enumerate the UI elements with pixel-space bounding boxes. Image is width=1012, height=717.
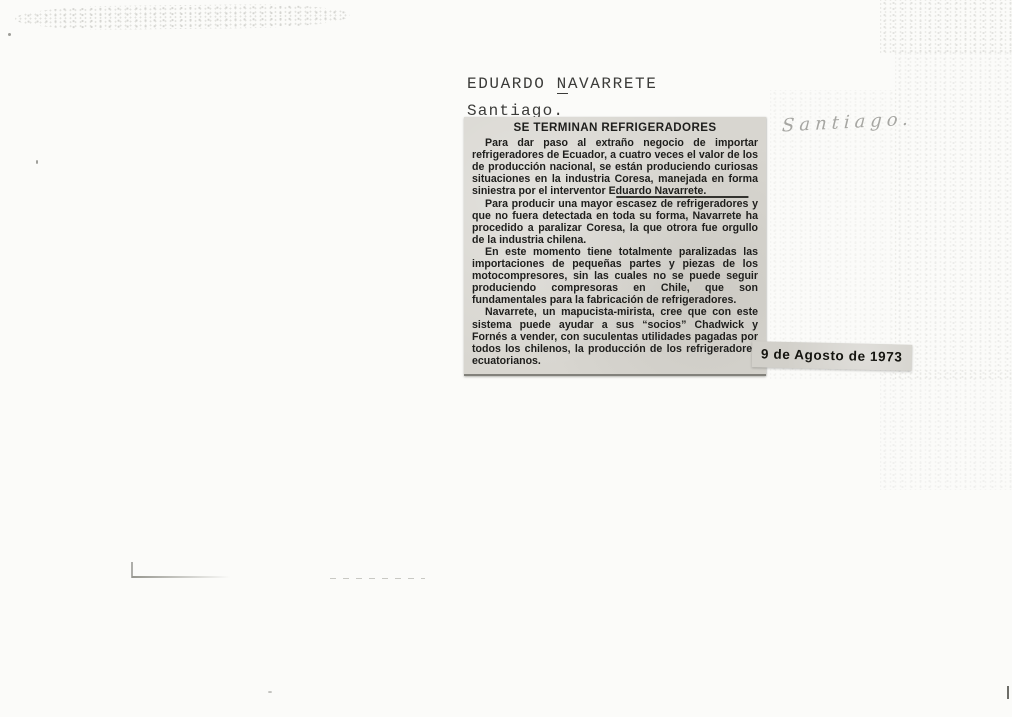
newspaper-clipping: SE TERMINAN REFRIGERADORES Para dar paso… <box>464 117 766 376</box>
clipping-paragraph-4: Navarrete, un mapucista-mirista, cree qu… <box>472 306 758 366</box>
typed-recipient-name: EDUARDO NAVARRETE <box>467 75 657 93</box>
scanned-page: EDUARDO NAVARRETE Santiago. SE TERMINAN … <box>0 0 1012 717</box>
ink-spot <box>8 33 11 36</box>
clipping-paragraph-2: Para producir una mayor escasez de refri… <box>472 198 758 246</box>
crease-mark-dashes <box>330 578 425 579</box>
clipping-headline: SE TERMINAN REFRIGERADORES <box>472 122 758 134</box>
ink-spot <box>268 691 272 693</box>
scan-noise-stamp-area <box>880 370 1012 490</box>
handwritten-annotation: Santiago. <box>782 109 914 137</box>
pen-underline-mark: escasez de refrigeradores <box>616 198 748 210</box>
typed-name-part: AVARRETE <box>568 75 658 93</box>
typed-name-underlined-letter: N <box>557 75 568 94</box>
scan-noise-top-right <box>880 0 1012 55</box>
ink-spot <box>36 160 38 164</box>
typed-name-part: EDUARDO <box>467 75 557 93</box>
date-stamp-clipping: 9 de Agosto de 1973 <box>752 341 913 371</box>
crease-mark-horizontal <box>132 576 230 578</box>
scan-noise-top-band <box>15 3 350 31</box>
paragraph-text: Para producir una mayor <box>485 198 616 210</box>
clipping-paragraph-3: En este momento tiene totalmente paraliz… <box>472 246 758 306</box>
clipping-paragraph-1: Para dar paso al extraño negocio de impo… <box>472 137 758 197</box>
scan-noise-right-column <box>895 50 1012 380</box>
scan-edge-mark <box>1007 686 1009 699</box>
